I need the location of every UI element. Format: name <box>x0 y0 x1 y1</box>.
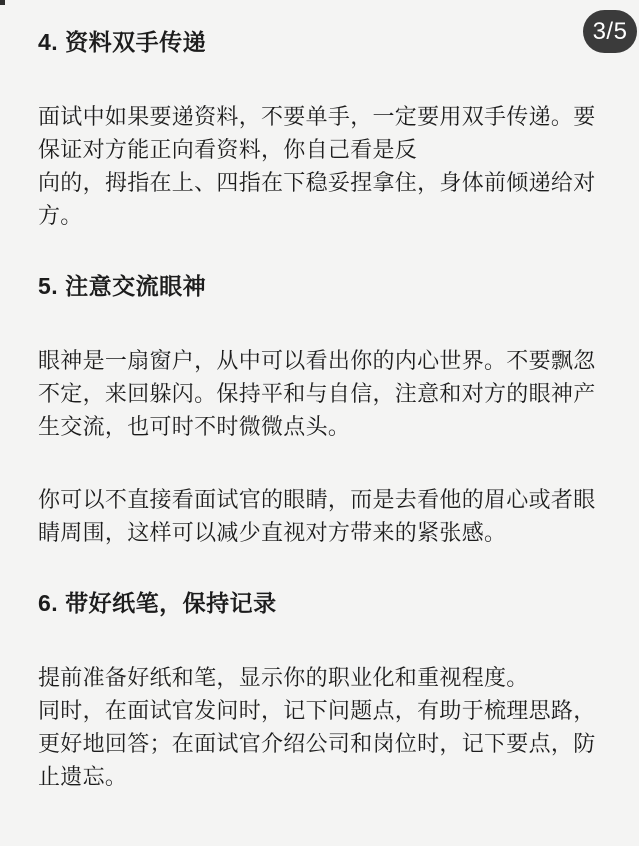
section-material-passing: 4. 资料双手传递 面试中如果要递资料，不要单手，一定要用双手传递。要 保证对方… <box>38 28 603 232</box>
section-eye-contact: 5. 注意交流眼神 眼神是一扇窗户，从中可以看出你的内心世界。不要飘忽 不定，来… <box>38 272 603 549</box>
section-paragraph: 提前准备好纸和笔，显示你的职业化和重视程度。 同时，在面试官发问时，记下问题点，… <box>38 661 603 793</box>
section-paragraph: 面试中如果要递资料，不要单手，一定要用双手传递。要 保证对方能正向看资料，你自己… <box>38 100 603 232</box>
article-content: 4. 资料双手传递 面试中如果要递资料，不要单手，一定要用双手传递。要 保证对方… <box>0 0 639 793</box>
section-heading: 5. 注意交流眼神 <box>38 272 603 300</box>
section-paragraph: 眼神是一扇窗户，从中可以看出你的内心世界。不要飘忽 不定，来回躲闪。保持平和与自… <box>38 344 603 443</box>
corner-artifact <box>0 0 5 5</box>
slide-page: { "page": { "badge": "3/5", "colors": { … <box>0 0 639 846</box>
section-paragraph: 你可以不直接看面试官的眼睛，而是去看他的眉心或者眼 睛周围，这样可以减少直视对方… <box>38 483 603 549</box>
section-heading: 6. 带好纸笔，保持记录 <box>38 589 603 617</box>
page-counter-badge: 3/5 <box>583 10 637 53</box>
section-heading: 4. 资料双手传递 <box>38 28 603 56</box>
section-notes-taking: 6. 带好纸笔，保持记录 提前准备好纸和笔，显示你的职业化和重视程度。 同时，在… <box>38 589 603 793</box>
